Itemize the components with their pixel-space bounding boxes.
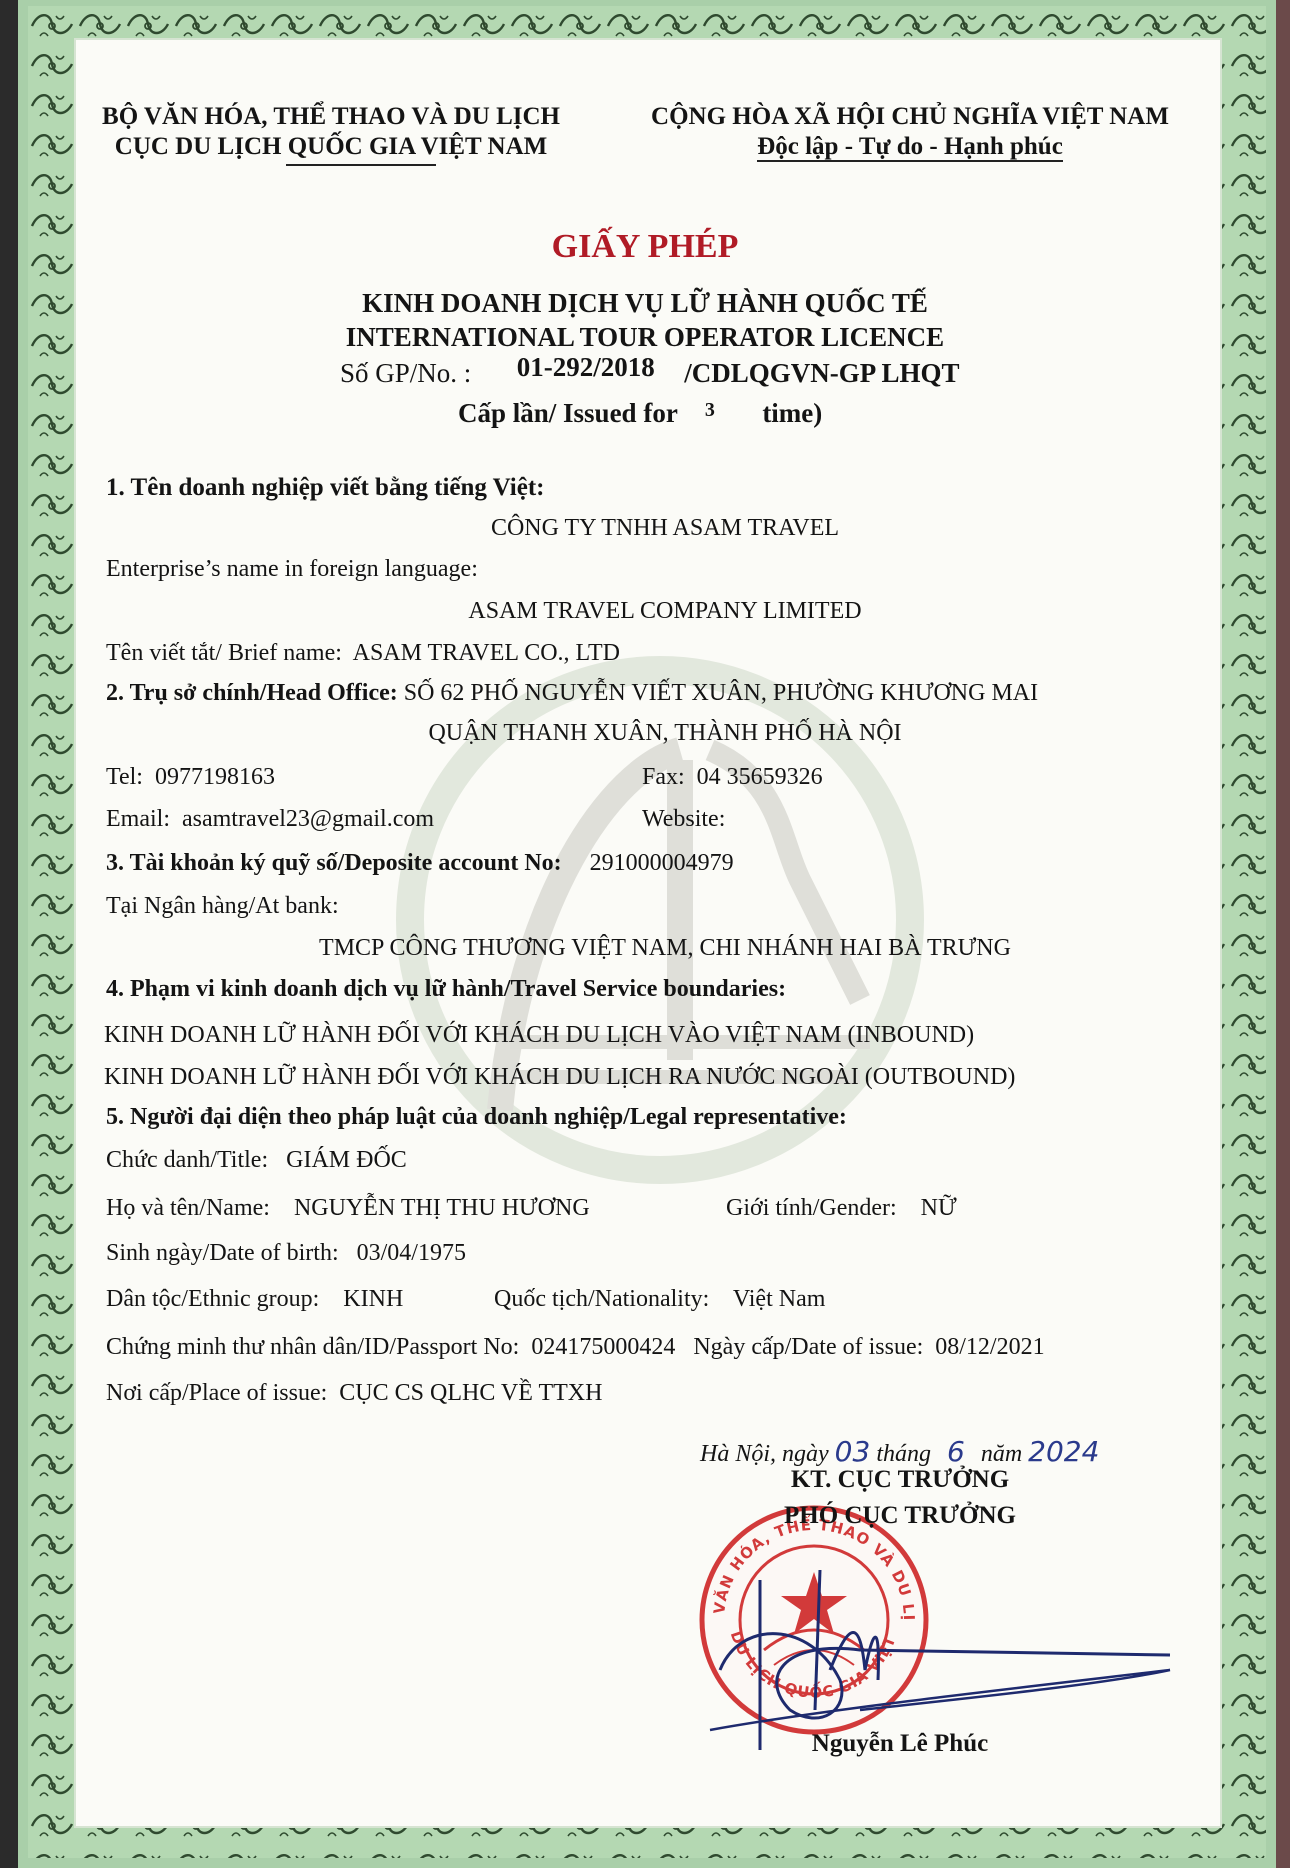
rep-id-value: 024175000424 [531, 1334, 675, 1360]
day-handwritten: 03 [835, 1435, 871, 1468]
rep-nationality-value: Việt Nam [733, 1286, 826, 1312]
rep-title-row: Chức danh/Title: GIÁM ĐỐC [106, 1147, 407, 1174]
issued-count-row: Cấp lần/ Issued for 3 time) [458, 398, 822, 429]
month-label: tháng [876, 1441, 931, 1467]
year-handwritten: 2024 [1028, 1435, 1099, 1468]
country-name: CỘNG HÒA XÃ HỘI CHỦ NGHĨA VIỆT NAM [630, 102, 1190, 132]
rep-issue-date-label: Ngày cấp/Date of issue: [693, 1334, 923, 1360]
issued-label: Cấp lần/ Issued for [458, 398, 677, 428]
deposit-row: 3. Tài khoản ký quỹ số/Deposite account … [106, 850, 734, 877]
frame-edge-right [1276, 0, 1290, 1868]
rep-ethnic-value: KINH [343, 1286, 403, 1312]
rep-id-label: Chứng minh thư nhân dân/ID/Passport No: [106, 1334, 519, 1360]
fax-label: Fax: [642, 764, 685, 790]
scope-outbound: KINH DOANH LỮ HÀNH ĐỐI VỚI KHÁCH DU LỊCH… [104, 1064, 1015, 1091]
rep-place-row: Nơi cấp/Place of issue: CỤC CS QLHC VỀ T… [106, 1380, 602, 1407]
tel-label: Tel: [106, 764, 143, 790]
address-line2: QUẬN THANH XUÂN, THÀNH PHỐ HÀ NỘI [0, 720, 1290, 747]
signer-name: Nguyễn Lê Phúc [730, 1730, 1070, 1758]
rep-place-value: CỤC CS QLHC VỀ TTXH [339, 1380, 602, 1406]
fax-row: Fax: 04 35659326 [642, 764, 823, 791]
agency-name: CỤC DU LỊCH QUỐC GIA VIỆT NAM [96, 132, 566, 162]
tel-value: 0977198163 [155, 764, 275, 790]
header-divider [286, 164, 436, 166]
issued-suffix: time) [762, 398, 822, 428]
website-row: Website: [642, 806, 725, 833]
rep-nationality-label: Quốc tịch/Nationality: [494, 1286, 709, 1312]
motto: Độc lập - Tự do - Hạnh phúc [757, 133, 1063, 162]
company-name-vi: CÔNG TY TNHH ASAM TRAVEL [0, 515, 1290, 542]
signer-role-line1: KT. CỤC TRƯỞNG [700, 1466, 1100, 1494]
issued-count: 3 [705, 399, 715, 421]
rep-title-label: Chức danh/Title: [106, 1147, 268, 1173]
rep-gender-label: Giới tính/Gender: [726, 1195, 897, 1221]
licence-subtitle-vi: KINH DOANH DỊCH VỤ LỮ HÀNH QUỐC TẾ [0, 288, 1290, 319]
place-date-row: Hà Nội, ngày 03 tháng 6 năm 2024 [700, 1435, 1099, 1468]
rep-id-row: Chứng minh thư nhân dân/ID/Passport No: … [106, 1334, 1045, 1361]
company-name-en: ASAM TRAVEL COMPANY LIMITED [0, 598, 1290, 625]
ministry-header: BỘ VĂN HÓA, THỂ THAO VÀ DU LỊCH CỤC DU L… [96, 102, 566, 166]
rep-dob-label: Sinh ngày/Date of birth: [106, 1240, 339, 1266]
rep-name-row: Họ và tên/Name: NGUYỄN THỊ THU HƯƠNG [106, 1195, 590, 1222]
rep-gender-row: Giới tính/Gender: NỮ [726, 1195, 957, 1222]
licence-number-row: Số GP/No. : 01-292/2018 /CDLQGVN-GP LHQT [340, 358, 960, 389]
rep-gender-value: NỮ [921, 1195, 957, 1221]
deposit-account-value: 291000004979 [590, 850, 734, 876]
rep-name-value: NGUYỄN THỊ THU HƯƠNG [294, 1195, 590, 1221]
rep-nationality-row: Quốc tịch/Nationality: Việt Nam [494, 1286, 825, 1313]
rep-dob-value: 03/04/1975 [357, 1240, 466, 1266]
state-header: CỘNG HÒA XÃ HỘI CHỦ NGHĨA VIỆT NAM Độc l… [630, 102, 1190, 162]
place-date-prefix: Hà Nội, ngày [700, 1441, 829, 1467]
brief-name-row: Tên viết tắt/ Brief name: ASAM TRAVEL CO… [106, 640, 620, 667]
section2-heading: 2. Trụ sở chính/Head Office: [106, 680, 398, 706]
scope-inbound: KINH DOANH LỮ HÀNH ĐỐI VỚI KHÁCH DU LỊCH… [104, 1022, 974, 1049]
rep-title-value: GIÁM ĐỐC [286, 1147, 407, 1173]
foreign-name-label: Enterprise’s name in foreign language: [106, 556, 478, 583]
frame-edge-left [0, 0, 18, 1868]
licence-title: GIẤY PHÉP [0, 228, 1290, 266]
section1-heading: 1. Tên doanh nghiệp viết bằng tiếng Việt… [106, 474, 545, 502]
bank-value: TMCP CÔNG THƯƠNG VIỆT NAM, CHI NHÁNH HAI… [0, 935, 1290, 962]
tel-row: Tel: 0977198163 [106, 764, 275, 791]
licence-number-label: Số GP/No. : [340, 358, 471, 388]
section5-heading: 5. Người đại diện theo pháp luật của doa… [106, 1104, 847, 1131]
rep-dob-row: Sinh ngày/Date of birth: 03/04/1975 [106, 1240, 466, 1267]
address-line1: SỐ 62 PHỐ NGUYỄN VIẾT XUÂN, PHƯỜNG KHƯƠN… [404, 680, 1038, 706]
section4-heading: 4. Phạm vi kinh doanh dịch vụ lữ hành/Tr… [106, 976, 786, 1003]
email-value: asamtravel23@gmail.com [182, 806, 434, 832]
rep-place-label: Nơi cấp/Place of issue: [106, 1380, 327, 1406]
website-label: Website: [642, 806, 725, 832]
brief-name-value: ASAM TRAVEL CO., LTD [353, 640, 620, 666]
brief-name-label: Tên viết tắt/ Brief name: [106, 640, 342, 666]
rep-ethnic-row: Dân tộc/Ethnic group: KINH [106, 1286, 403, 1313]
email-row: Email: asamtravel23@gmail.com [106, 806, 434, 833]
licence-number-suffix: /CDLQGVN-GP LHQT [684, 358, 959, 388]
bank-label: Tại Ngân hàng/At bank: [106, 893, 339, 920]
section3-heading: 3. Tài khoản ký quỹ số/Deposite account … [106, 850, 562, 876]
licence-subtitle-en: INTERNATIONAL TOUR OPERATOR LICENCE [0, 322, 1290, 353]
ministry-name: BỘ VĂN HÓA, THỂ THAO VÀ DU LỊCH [96, 102, 566, 132]
rep-ethnic-label: Dân tộc/Ethnic group: [106, 1286, 319, 1312]
motto-wrap: Độc lập - Tự do - Hạnh phúc [630, 132, 1190, 162]
rep-name-label: Họ và tên/Name: [106, 1195, 270, 1221]
licence-number-value: 01-292/2018 [517, 352, 655, 382]
rep-issue-date-value: 08/12/2021 [935, 1334, 1044, 1360]
year-label: năm [981, 1441, 1022, 1467]
fax-value: 04 35659326 [697, 764, 823, 790]
month-handwritten: 6 [947, 1435, 965, 1468]
email-label: Email: [106, 806, 170, 832]
head-office-row: 2. Trụ sở chính/Head Office: SỐ 62 PHỐ N… [106, 680, 1038, 707]
signer-role-line2: PHÓ CỤC TRƯỞNG [700, 1502, 1100, 1530]
